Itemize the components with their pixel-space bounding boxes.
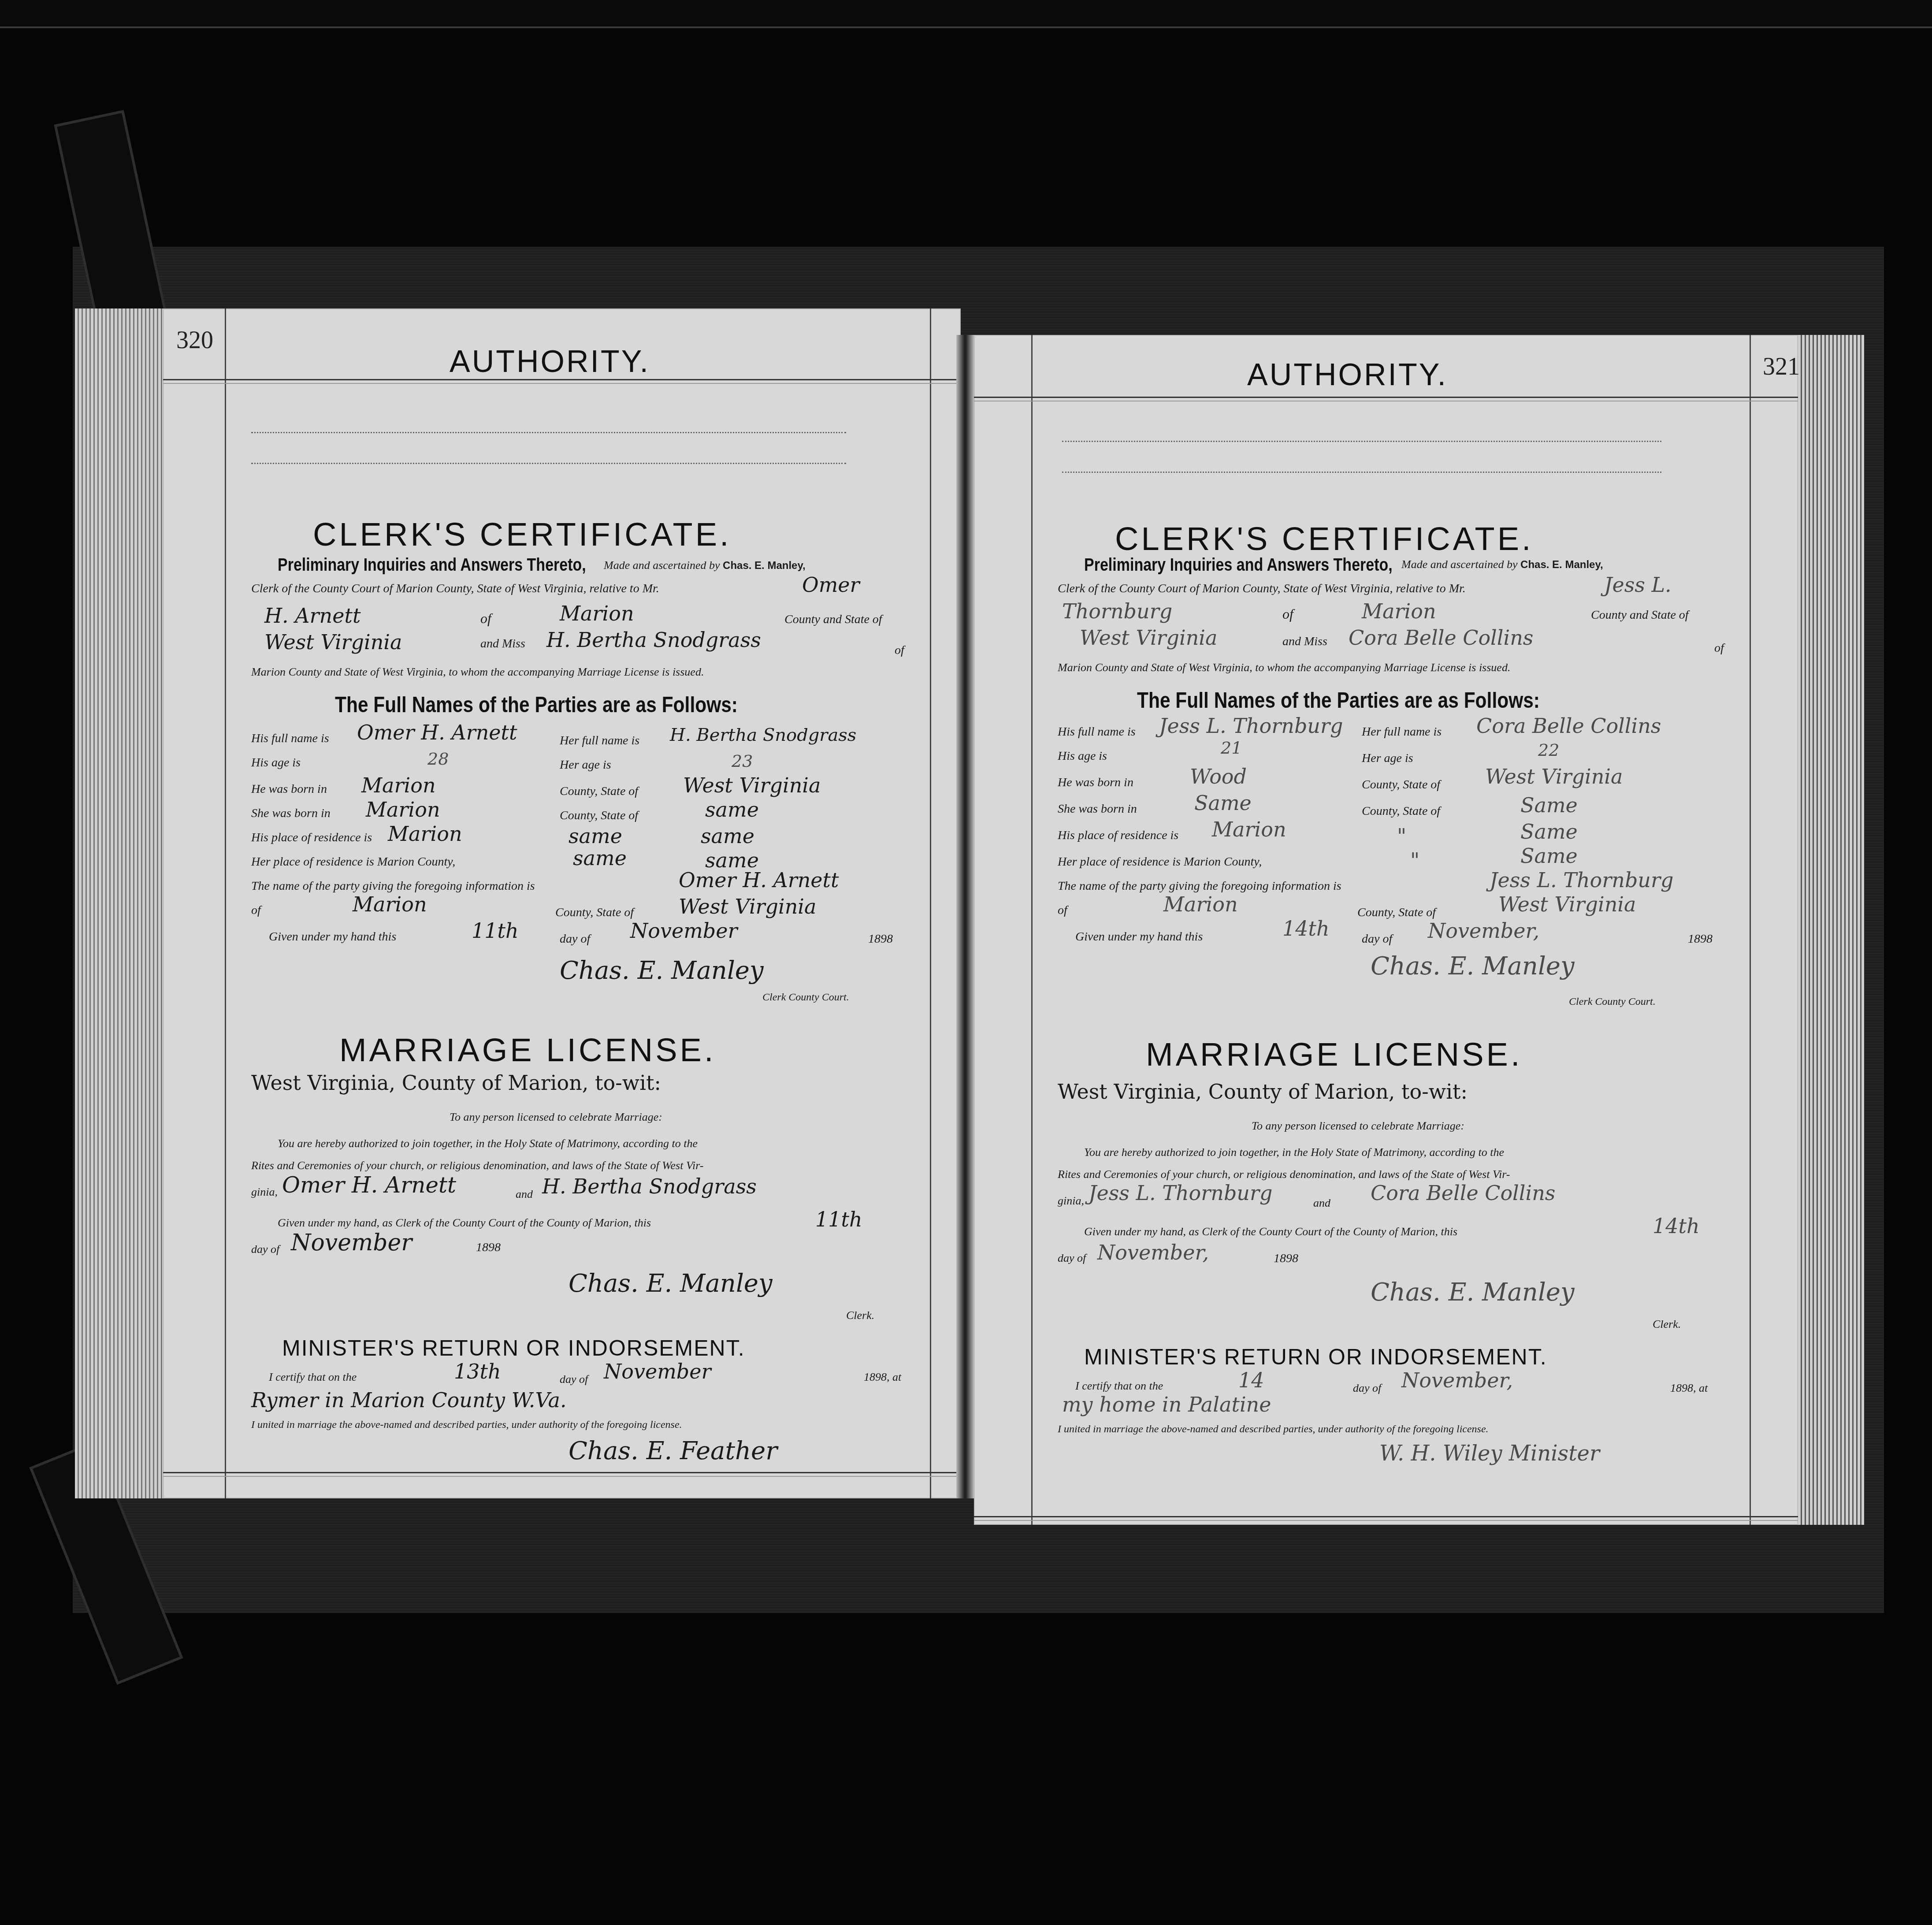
county-state-of-label-2: County, State of (560, 809, 638, 823)
authority-line-2 (251, 463, 846, 464)
his-age-value: 21 (1221, 738, 1242, 758)
to-any-person: To any person licensed to celebrate Marr… (1252, 1119, 1464, 1133)
his-age-label: His age is (1058, 749, 1107, 763)
given-as-clerk-text: Given under my hand, as Clerk of the Cou… (1084, 1225, 1457, 1238)
return-year: 1898, at (864, 1371, 901, 1384)
her-residence-state: Same (1520, 844, 1578, 868)
authority-line-1 (1062, 441, 1661, 442)
return-day: 14 (1238, 1368, 1264, 1392)
minister-signature: W. H. Wiley Minister (1379, 1441, 1600, 1466)
she-born-county: Same (1194, 791, 1252, 815)
clerk-label: Clerk. (846, 1309, 874, 1322)
informant-state: West Virginia (679, 895, 817, 918)
her-full-name-value: Cora Belle Collins (1476, 714, 1661, 738)
license-month: November, (1097, 1241, 1209, 1264)
informant-state: West Virginia (1498, 892, 1636, 916)
his-residence-label: His place of residence is (1058, 829, 1178, 843)
license-clerk-signature: Chas. E. Manley (568, 1269, 773, 1298)
authority-heading: AUTHORITY. (1247, 357, 1448, 392)
her-full-name-label: Her full name is (1362, 725, 1442, 739)
clerk-county-court-label: Clerk County Court. (1569, 996, 1656, 1008)
authorized-text-1: You are hereby authorized to join togeth… (278, 1137, 698, 1150)
return-month: November, (1401, 1368, 1513, 1392)
of-label: of (1282, 606, 1293, 622)
ministers-return-heading: MINISTER'S RETURN OR INDORSEMENT. (1084, 1344, 1547, 1370)
year-prefix: 189 (1688, 932, 1706, 946)
clerk-printed-name: Chas. E. Manley, (723, 560, 806, 572)
of-suffix: of (895, 643, 904, 658)
informant-county: Marion (1163, 892, 1238, 916)
preliminary-heading: Preliminary Inquiries and Answers Theret… (1084, 555, 1393, 575)
day-of-label-3: day of (560, 1373, 588, 1386)
ministers-return-heading: MINISTER'S RETURN OR INDORSEMENT. (282, 1335, 745, 1361)
inner-margin-line (1031, 335, 1033, 1525)
her-full-name-value: H. Bertha Snodgrass (670, 725, 856, 745)
informant-label: The name of the party giving the foregoi… (251, 879, 535, 893)
license-year: 1898 (476, 1241, 501, 1255)
he-born-label: He was born in (1058, 776, 1133, 790)
authority-heading: AUTHORITY. (450, 344, 650, 379)
his-age-label: His age is (251, 756, 301, 770)
his-full-name-label: His full name is (251, 732, 329, 746)
and-label: and (1313, 1197, 1330, 1210)
her-age-label: Her age is (1362, 751, 1413, 766)
return-month: November (604, 1360, 711, 1383)
her-residence-label: Her place of residence is Marion County, (251, 855, 455, 869)
left-page: 320 AUTHORITY. CLERK'S CERTIFICATE. Prel… (163, 308, 961, 1498)
return-year: 1898, at (1670, 1382, 1708, 1395)
year-digit: 8 (881, 1371, 887, 1383)
clerk-signature: Chas. E. Manley (1371, 952, 1575, 981)
return-day: 13th (454, 1360, 501, 1383)
his-full-name-value: Jess L. Thornburg (1159, 714, 1343, 738)
right-margin-line (1750, 335, 1751, 1525)
full-names-heading: The Full Names of the Parties are as Fol… (335, 692, 738, 717)
header-rule (163, 379, 961, 384)
of-suffix: of (1714, 641, 1724, 655)
certify-label: I certify that on the (269, 1371, 357, 1384)
book-gutter (956, 335, 974, 1498)
made-by-label: Made and ascertained by (604, 559, 720, 572)
authority-line-1 (251, 432, 846, 433)
his-residence-state: same (701, 824, 754, 848)
he-born-state: West Virginia (1485, 765, 1623, 788)
her-residence-label: Her place of residence is Marion County, (1058, 855, 1262, 869)
her-age-value: 23 (732, 751, 753, 771)
county-state-of-label: County, State of (1362, 778, 1440, 792)
year-prefix: 189 (1670, 1382, 1687, 1394)
groom-county: Marion (1362, 599, 1436, 623)
to-any-person: To any person licensed to celebrate Marr… (450, 1111, 662, 1124)
groom-first-name: Omer (802, 573, 860, 597)
ginia-label: ginia, (251, 1185, 278, 1199)
her-age-label: Her age is (560, 758, 611, 772)
groom-county: Marion (560, 602, 634, 625)
left-margin-line (225, 308, 226, 1498)
license-year: 1898 (1274, 1252, 1298, 1266)
clerk-label: Clerk. (1653, 1318, 1681, 1331)
his-full-name-value: Omer H. Arnett (357, 721, 517, 744)
he-born-state: West Virginia (683, 773, 821, 797)
he-born-county: Wood (1190, 765, 1247, 788)
her-full-name-label: Her full name is (560, 734, 639, 748)
year-prefix: 189 (864, 1371, 881, 1383)
year-digit: 8 (1706, 932, 1713, 946)
she-born-county: Marion (366, 798, 440, 821)
his-residence-value: Marion (388, 822, 462, 846)
given-under-hand-label: Given under my hand this (1075, 930, 1203, 944)
cert-day: 11th (472, 919, 519, 943)
bride-name: H. Bertha Snodgrass (546, 628, 761, 652)
day-of-label-2: day of (251, 1243, 279, 1256)
right-page-edges (1798, 335, 1864, 1525)
groom-state: West Virginia (1080, 626, 1218, 650)
authorized-text-2: Rites and Ceremonies of your church, or … (1058, 1168, 1510, 1181)
clerk-of-court-text: Clerk of the County Court of Marion Coun… (251, 582, 659, 596)
his-age-value: 28 (427, 749, 449, 769)
informant-county: Marion (353, 892, 427, 916)
of-label-2: of (1058, 903, 1067, 918)
day-of-label: day of (560, 932, 590, 946)
full-names-heading: The Full Names of the Parties are as Fol… (1137, 687, 1540, 713)
license-day: 14th (1653, 1214, 1700, 1238)
license-groom: Omer H. Arnett (282, 1172, 456, 1198)
license-month: November (291, 1230, 412, 1256)
her-residence-county: " (1410, 848, 1419, 872)
wv-county-line: West Virginia, County of Marion, to-wit: (1058, 1080, 1468, 1104)
and-miss-label: and Miss (480, 637, 525, 651)
wv-county-line: West Virginia, County of Marion, to-wit: (251, 1071, 661, 1095)
to-whom-text: Marion County and State of West Virginia… (1058, 661, 1510, 674)
made-by-text: Made and ascertained by Chas. E. Manley, (604, 559, 806, 572)
return-place: my home in Palatine (1062, 1393, 1271, 1416)
his-full-name-label: His full name is (1058, 725, 1136, 739)
she-born-state: Same (1520, 793, 1578, 817)
day-of-label-2: day of (1058, 1252, 1086, 1265)
her-age-value: 22 (1538, 740, 1559, 760)
he-born-county: Marion (361, 773, 436, 797)
return-place: Rymer in Marion County W.Va. (251, 1388, 567, 1412)
made-by-label: Made and ascertained by (1401, 558, 1518, 571)
license-groom: Jess L. Thornburg (1089, 1181, 1272, 1205)
license-bride: Cora Belle Collins (1371, 1181, 1555, 1205)
header-rule (974, 397, 1798, 401)
footer-rule (974, 1516, 1798, 1521)
informant-value: Omer H. Arnett (679, 868, 839, 892)
to-whom-text: Marion County and State of West Virginia… (251, 665, 704, 679)
clerk-of-court-text: Clerk of the County Court of Marion Coun… (1058, 582, 1466, 596)
given-under-hand-label: Given under my hand this (269, 930, 396, 944)
year-prefix: 189 (868, 932, 887, 946)
county-and-state-of-label: County and State of (1591, 608, 1689, 622)
at-label: , at (1693, 1382, 1708, 1394)
day-of-label-3: day of (1353, 1382, 1381, 1395)
made-by-text: Made and ascertained by Chas. E. Manley, (1401, 558, 1603, 571)
county-state-of-label-3: County, State of (1357, 906, 1436, 920)
year-digit: 8 (1687, 1382, 1693, 1394)
his-residence-state: Same (1520, 820, 1578, 844)
authorized-text-2: Rites and Ceremonies of your church, or … (251, 1159, 703, 1172)
he-born-label: He was born in (251, 782, 327, 796)
his-residence-label: His place of residence is (251, 831, 372, 845)
informant-label: The name of the party giving the foregoi… (1058, 879, 1341, 893)
county-and-state-of-label: County and State of (784, 613, 882, 627)
groom-state: West Virginia (264, 630, 402, 654)
marriage-license-heading: MARRIAGE LICENSE. (1146, 1036, 1523, 1073)
cert-month: November, (1428, 919, 1539, 943)
at-label: , at (887, 1371, 901, 1383)
footer-rule (163, 1472, 961, 1477)
she-born-label: She was born in (1058, 802, 1137, 816)
groom-first-name: Jess L. (1604, 573, 1672, 597)
year-prefix: 189 (1274, 1252, 1292, 1265)
minister-signature: Chas. E. Feather (568, 1437, 777, 1465)
authority-line-2 (1062, 472, 1661, 473)
groom-rest-name: Thornburg (1062, 599, 1172, 623)
clerk-county-court-label: Clerk County Court. (762, 992, 849, 1003)
her-residence-county: same (573, 846, 627, 870)
license-clerk-signature: Chas. E. Manley (1371, 1278, 1575, 1307)
scan-top-edge (0, 0, 1932, 28)
united-text: I united in marriage the above-named and… (1058, 1423, 1489, 1435)
and-label: and (516, 1188, 533, 1201)
clerk-signature: Chas. E. Manley (560, 956, 764, 985)
his-residence-county: same (568, 824, 622, 848)
year-digit: 8 (887, 932, 893, 946)
cert-year: 1898 (1688, 932, 1713, 946)
marriage-license-heading: MARRIAGE LICENSE. (339, 1031, 716, 1069)
she-born-label: She was born in (251, 806, 331, 821)
year-digit: 8 (494, 1241, 501, 1254)
county-state-of-label-3: County, State of (555, 906, 634, 920)
clerks-certificate-heading: CLERK'S CERTIFICATE. (313, 516, 732, 553)
cert-month: November (630, 919, 737, 943)
county-state-of-label-2: County, State of (1362, 804, 1440, 818)
of-label-2: of (251, 903, 261, 918)
year-digit: 8 (1292, 1252, 1298, 1265)
his-residence-value: Marion (1212, 818, 1286, 841)
certify-label: I certify that on the (1075, 1379, 1163, 1393)
informant-value: Jess L. Thornburg (1490, 868, 1673, 892)
page-number: 321 (1763, 353, 1800, 381)
and-miss-label: and Miss (1282, 635, 1327, 649)
given-as-clerk-text: Given under my hand, as Clerk of the Cou… (278, 1216, 651, 1230)
ginia-label: ginia, (1058, 1194, 1084, 1208)
clerk-printed-name: Chas. E. Manley, (1520, 559, 1603, 571)
preliminary-heading: Preliminary Inquiries and Answers Theret… (278, 555, 586, 575)
page-number: 320 (176, 326, 213, 354)
right-page: 321 AUTHORITY. CLERK'S CERTIFICATE. Prel… (974, 335, 1798, 1525)
cert-year: 1898 (868, 932, 893, 946)
clerks-certificate-heading: CLERK'S CERTIFICATE. (1115, 520, 1534, 557)
license-bride: H. Bertha Snodgrass (542, 1174, 757, 1198)
authorized-text-1: You are hereby authorized to join togeth… (1084, 1146, 1504, 1159)
cert-day: 14th (1282, 917, 1330, 940)
inner-margin-line (930, 308, 931, 1498)
year-prefix: 189 (476, 1241, 494, 1254)
county-state-of-label: County, State of (560, 784, 638, 799)
united-text: I united in marriage the above-named and… (251, 1419, 682, 1431)
license-day: 11th (815, 1208, 862, 1231)
groom-rest-name: H. Arnett (264, 604, 360, 628)
bride-name: Cora Belle Collins (1349, 626, 1533, 650)
of-label: of (480, 610, 491, 627)
his-residence-county: " (1397, 824, 1406, 848)
day-of-label: day of (1362, 932, 1392, 946)
she-born-state: same (705, 798, 759, 821)
left-page-edges (75, 308, 163, 1498)
